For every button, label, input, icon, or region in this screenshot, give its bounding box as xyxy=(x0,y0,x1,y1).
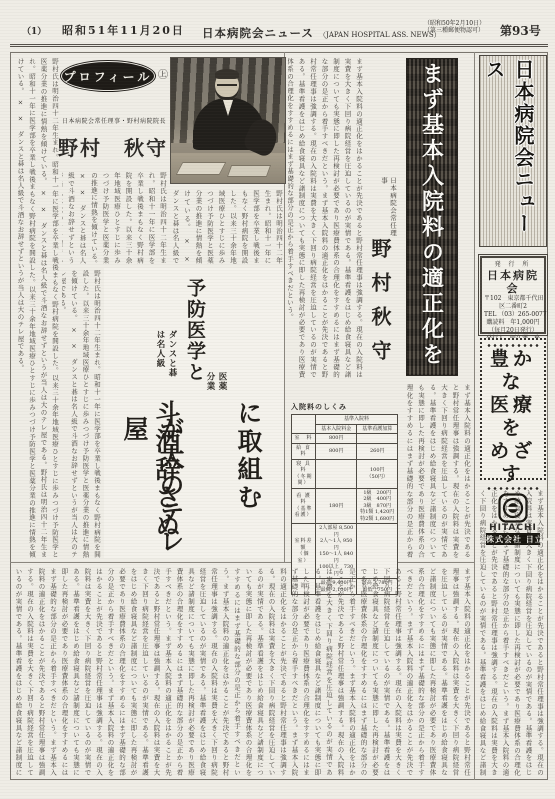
article-text-column: まず基本入院料の適正化をはかることが先決であると野村常任理事は強調する。現在の入… xyxy=(402,384,472,558)
column-divider-right xyxy=(474,52,475,780)
fee-cell: 100円 （50円） xyxy=(357,459,398,488)
ad-line1: 豊かな xyxy=(486,348,540,394)
main-headline: まず基本入院料の適正化を xyxy=(417,62,448,372)
publisher-subscription: 購読料 年1,000円 xyxy=(484,319,542,327)
article-text-column: 野村氏は明治四十二年生まれ。昭和十一年に医学部を卒業し戦後まもなく野村病院を開設… xyxy=(62,172,168,264)
feature-head-1-tail: に取組む xyxy=(230,400,266,530)
fee-row-label: 室 料 xyxy=(292,434,316,444)
issue-date: 昭和51年11月20日 xyxy=(62,22,185,38)
table-row: 給 食 料 800円 260円 xyxy=(292,443,398,459)
page-number: （1） xyxy=(22,24,46,37)
table-row: 看 護 料 （基準看護） 180円 1級 200円 2級 400円 3級 870… xyxy=(292,488,398,524)
newspaper-page: （1） 昭和51年11月20日 日本病院会ニュース （JAPAN HOSPITA… xyxy=(0,0,555,799)
profile-caption: 日本病院会常任理事・野村病院院長 xyxy=(62,116,166,125)
fee-cell: 1級 200円 2級 400円 3級 870円 特1類 1,420円 特2類 1… xyxy=(357,488,398,524)
feature-head-3b: が大のテレ屋 xyxy=(116,416,188,556)
feature-head-2b: は名人級 xyxy=(154,330,166,378)
article-text-column: まず基本入院料の適正化をはかることが先決であると野村常任理事は強調する。現在の入… xyxy=(479,490,545,776)
profile-photo xyxy=(170,57,286,184)
permit-line2: （第三種郵便物認可） xyxy=(424,27,485,34)
fee-cell xyxy=(357,434,398,444)
article-text-column: 野村氏は明治四十二年生まれ。昭和十一年に医学部を卒業し戦後まもなく野村病院を開設… xyxy=(62,270,102,558)
article-text-column: まず基本入院料の適正化をはかることが先決であると野村常任理事は強調する。現在の入… xyxy=(288,58,364,378)
feature-headline-box: 予防医学と 医薬 分業 に取組む ダンスと碁 は名人級 斗酒辞さぬ が大のテレ屋 xyxy=(104,268,284,558)
hitachi-ad: 豊かな 医療を めざす HITACHI 株式会社 日立メディコ xyxy=(480,338,546,480)
table-row: 寝 具 料 （冬期間） 100円 （50円） xyxy=(292,459,398,488)
article-text-column: 野村氏は明治四十二年生まれ。昭和十一年に医学部を卒業し戦後まもなく野村病院を開設… xyxy=(172,190,284,264)
profile-tag-bubble: プロフィール xyxy=(62,62,154,90)
publisher-name: 日本病院会 xyxy=(484,269,542,295)
feature-head-1-sub-b: 分業 xyxy=(204,372,216,396)
publisher-addr2: 区二番町2 xyxy=(484,303,542,311)
feature-head-1: 予防医学と xyxy=(182,278,209,386)
table-row: 室 料 800円 xyxy=(292,434,398,444)
issue-number: 第93号 xyxy=(500,22,541,39)
paper-title-en: （JAPAN HOSPITAL ASS. NEWS） xyxy=(319,31,441,39)
fee-table-corner xyxy=(292,415,316,434)
feature-head-1-sub-a: 医薬 xyxy=(216,372,228,396)
fee-table-col1-header: 基本入院料金 xyxy=(315,424,357,434)
permit-line1: （昭和50年2月10日） xyxy=(424,20,485,27)
fee-cell: 260円 xyxy=(357,443,398,459)
fee-table-group-header: 基準入院料 xyxy=(315,415,397,425)
byline-name: 野村秋守 xyxy=(366,238,395,376)
masthead-box: 日本病院会ニュース xyxy=(479,55,547,247)
photo-papers xyxy=(176,162,227,175)
masthead-title: 日本病院会ニュース xyxy=(488,59,538,243)
publisher-addr1: 〒102 東京都千代田 xyxy=(484,295,542,303)
main-headline-banner: まず基本入院料の適正化を xyxy=(406,58,458,376)
article-text-column: 野村氏は明治四十二年生まれ。昭和十一年に医学部を卒業し戦後まもなく野村病院を開設… xyxy=(12,58,60,558)
fee-table-title: 入院料のしくみ xyxy=(291,402,347,412)
fee-cell: 800円 xyxy=(315,434,357,444)
fee-cell: 800円 xyxy=(315,443,357,459)
fee-cell xyxy=(315,459,357,488)
photo-papers xyxy=(227,165,271,177)
postal-permit: （昭和50年2月10日） （第三種郵便物認可） xyxy=(424,20,485,34)
fee-row-label: 看 護 料 （基準看護） xyxy=(292,488,316,524)
paper-title: 日本病院会ニュース xyxy=(202,26,314,40)
photo-figure-glasses xyxy=(217,84,237,86)
profile-tag: プロフィール xyxy=(64,68,153,85)
publisher-tel: TEL （03）265-0077 xyxy=(484,311,542,319)
fee-row-label: 給 食 料 xyxy=(292,443,316,459)
photo-figure-hair xyxy=(215,69,239,79)
header-rule xyxy=(10,44,548,47)
profile-series-mark: ㊤ xyxy=(158,66,168,81)
publisher-issue-day: （毎月20日発行） xyxy=(484,327,542,335)
ad-line2: 医療を xyxy=(486,394,540,440)
publisher-box: 発 行 所 日本病院会 〒102 東京都千代田 区二番町2 TEL （03）26… xyxy=(480,256,546,334)
article-text-band: まず基本入院料の適正化をはかることが先決であると野村常任理事は強調する。現在の入… xyxy=(13,568,472,776)
publisher-label: 発 行 所 xyxy=(484,261,542,269)
fee-table-col2-header: 基準看護加算 xyxy=(357,424,398,434)
paper-title-line: 日本病院会ニュース （JAPAN HOSPITAL ASS. NEWS） xyxy=(202,22,441,41)
byline-title: 日本病院会常任理事 xyxy=(380,177,398,243)
fee-row-label: 寝 具 料 （冬期間） xyxy=(292,459,316,488)
ad-line3: めざす xyxy=(486,440,540,486)
feature-head-2a: ダンスと碁 xyxy=(166,330,178,384)
fee-cell: 180円 xyxy=(315,488,357,524)
section-divider xyxy=(10,562,474,563)
